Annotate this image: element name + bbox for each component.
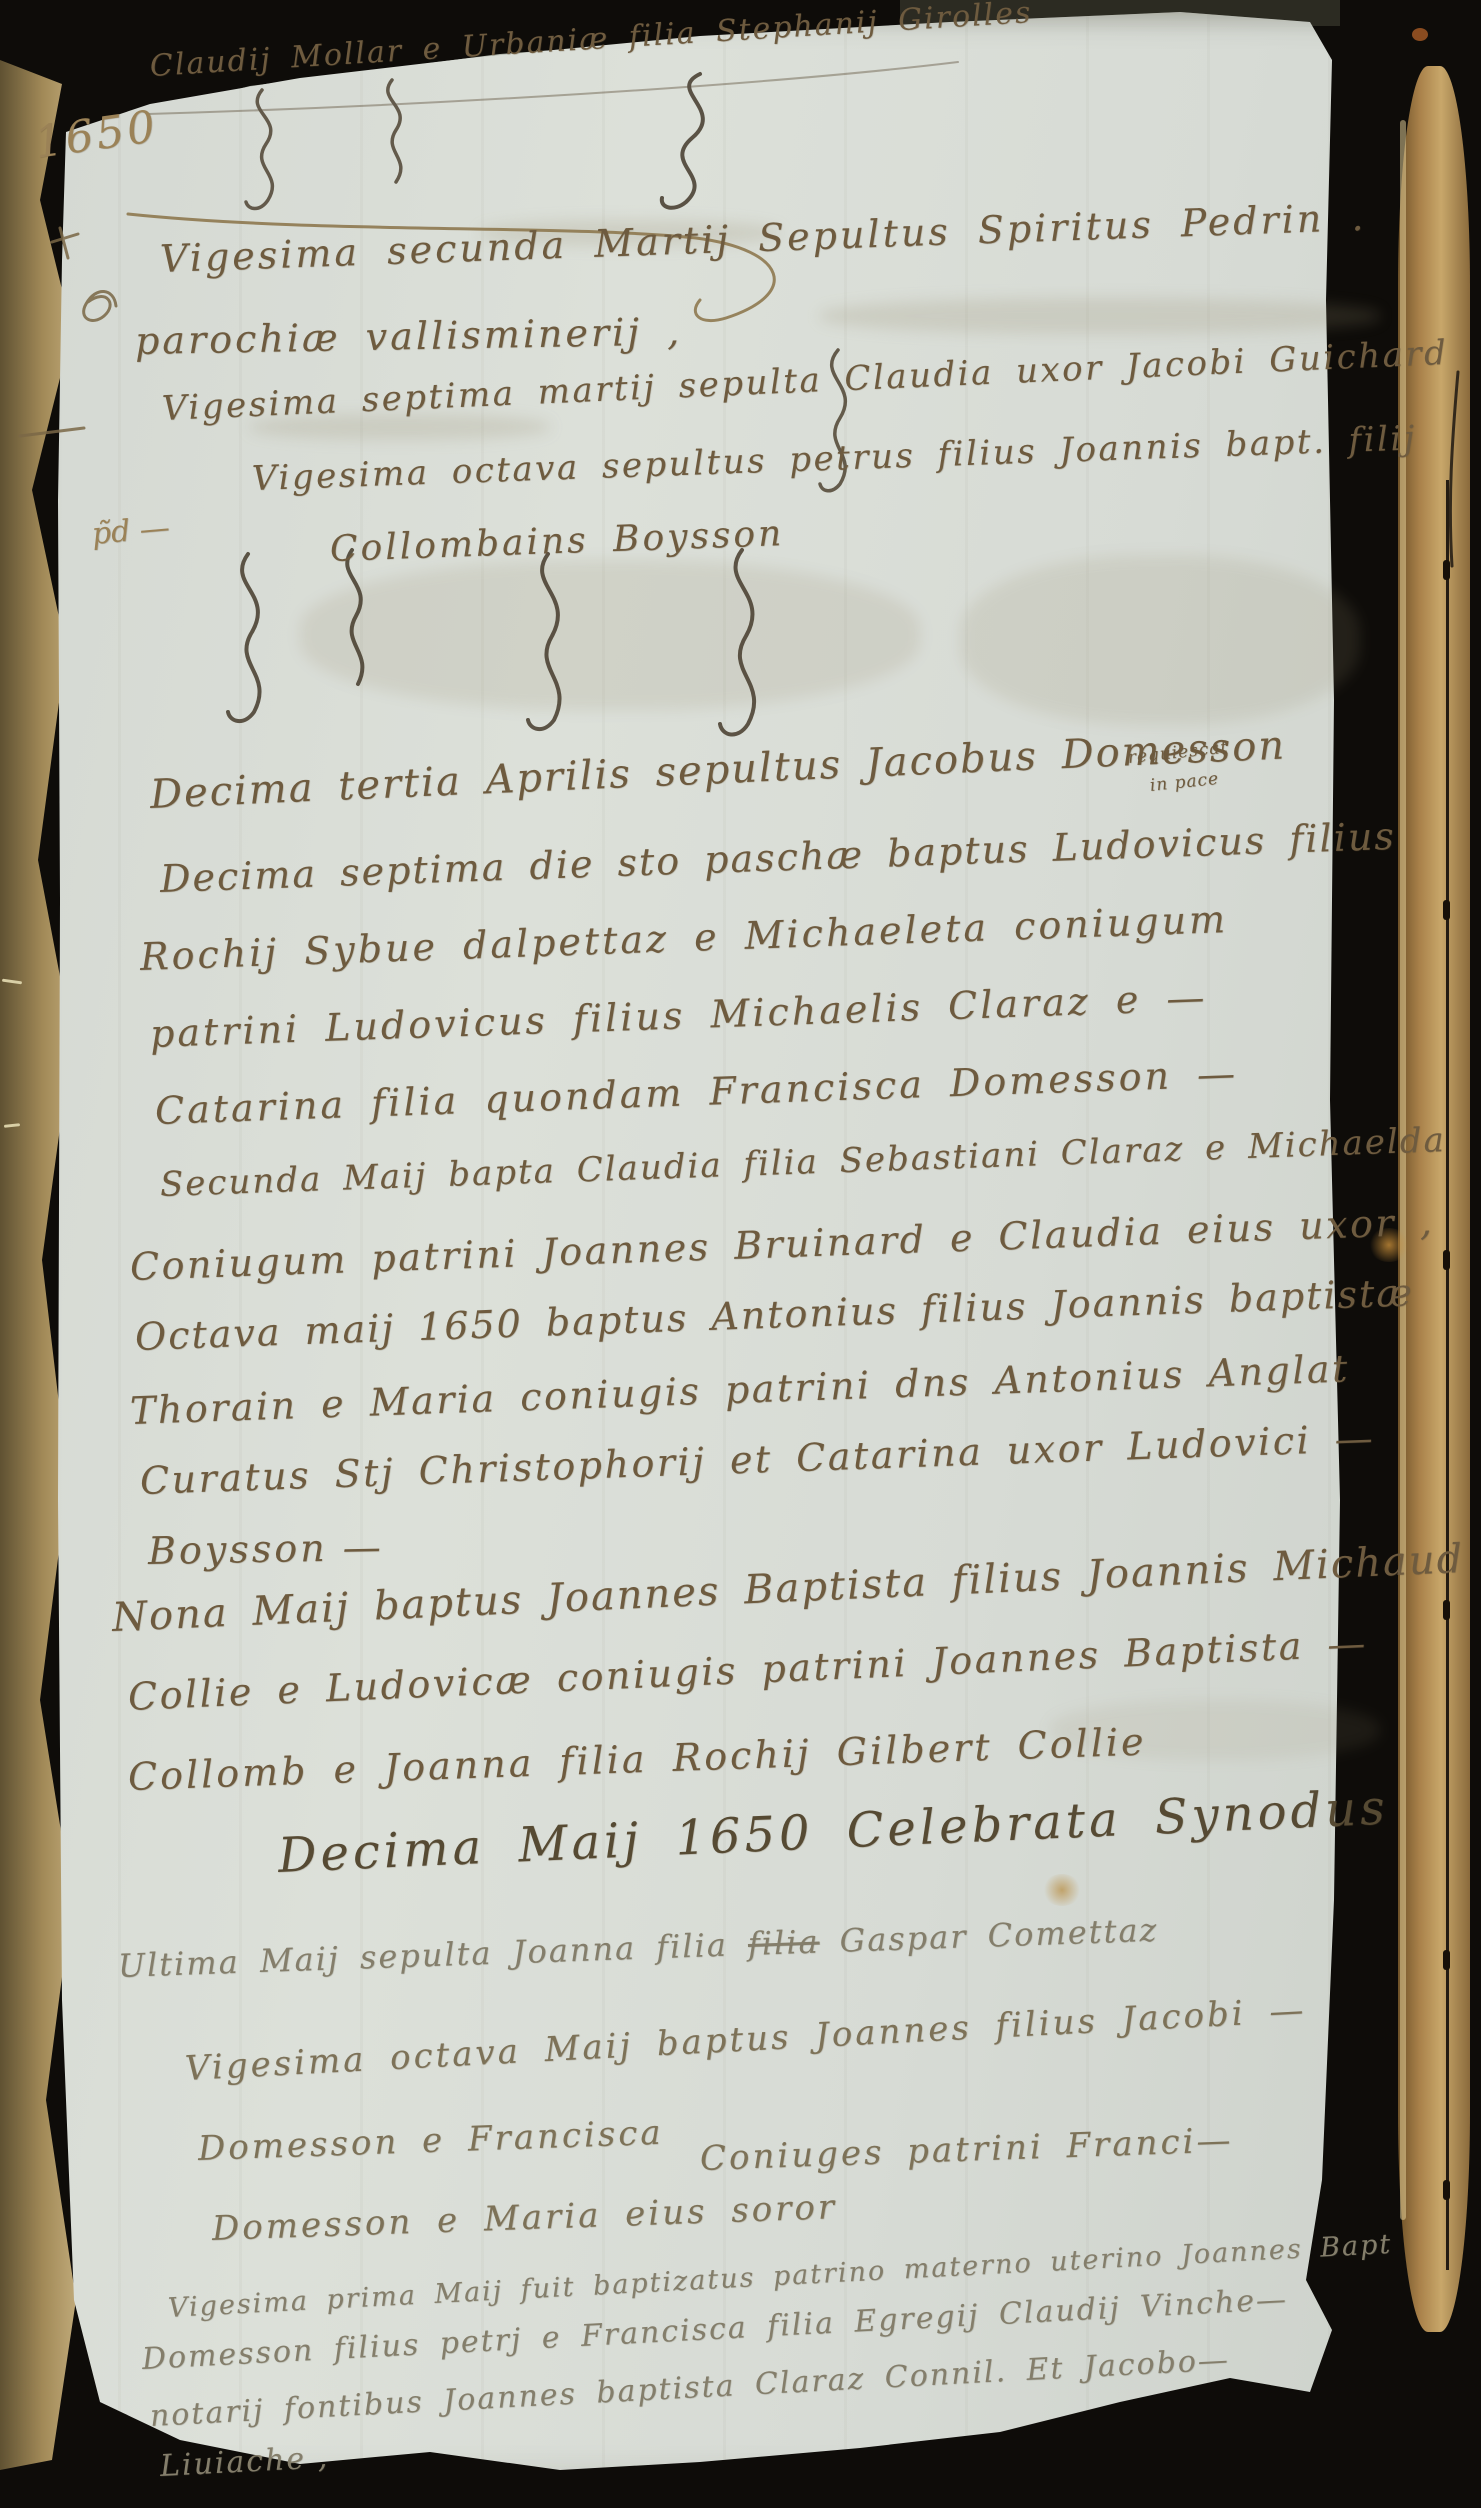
margin-abbreviation: p̃d — [91, 513, 171, 550]
register-entry: parochiæ vallisminerij , [135, 312, 683, 360]
register-entry: Boysson — [148, 1528, 384, 1570]
section-squiggle [347, 550, 362, 684]
section-squiggle [528, 554, 560, 729]
manuscript-photo: Claudij Mollar e Urbaniæ filia Stephanij… [0, 0, 1481, 2508]
margin-mark [84, 291, 116, 320]
margin-dash [20, 428, 84, 436]
struck-word: filia [747, 1923, 820, 1963]
section-squiggle [720, 550, 754, 735]
paragraph-squiggle [246, 90, 272, 209]
loose-thread [1450, 372, 1458, 566]
section-squiggle [228, 554, 260, 721]
register-entry: Liuiache , [159, 2443, 330, 2482]
paragraph-squiggle [662, 74, 703, 208]
paragraph-squiggle [388, 80, 401, 182]
margin-cross [52, 228, 78, 258]
